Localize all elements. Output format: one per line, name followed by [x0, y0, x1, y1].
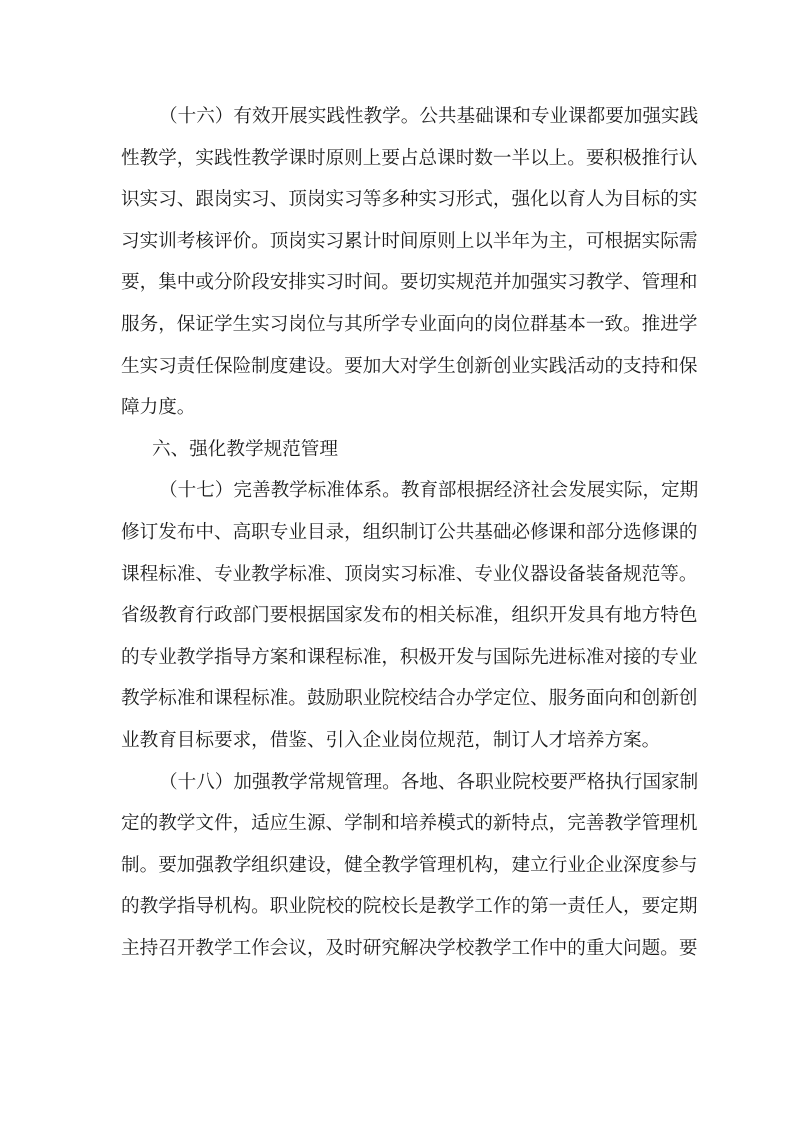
paragraph-line: （十七）完善教学标准体系。教育部根据经济社会发展实际，定期: [121, 470, 674, 512]
paragraph-eighteen: （十八）加强教学常规管理。各地、各职业院校要严格执行国家制 定的教学文件，适应生…: [121, 762, 674, 970]
section-heading: 六、强化教学规范管理: [121, 429, 674, 471]
paragraph-line: 省级教育行政部门要根据国家发布的相关标准，组织开发具有地方特色: [121, 595, 674, 637]
document-page: （十六）有效开展实践性教学。公共基础课和专业课都要加强实践 性教学，实践性教学课…: [0, 0, 793, 1122]
paragraph-line: （十六）有效开展实践性教学。公共基础课和专业课都要加强实践: [121, 96, 674, 138]
paragraph-line: 障力度。: [121, 387, 674, 429]
paragraph-line: 教学标准和课程标准。鼓励职业院校结合办学定位、服务面向和创新创: [121, 678, 674, 720]
paragraph-seventeen: （十七）完善教学标准体系。教育部根据经济社会发展实际，定期 修订发布中、高职专业…: [121, 470, 674, 761]
paragraph-line: （十八）加强教学常规管理。各地、各职业院校要严格执行国家制: [121, 762, 674, 804]
section-heading-six: 六、强化教学规范管理: [121, 429, 674, 471]
paragraph-line: 业教育目标要求，借鉴、引入企业岗位规范，制订人才培养方案。: [121, 720, 674, 762]
document-body: （十六）有效开展实践性教学。公共基础课和专业课都要加强实践 性教学，实践性教学课…: [121, 96, 674, 969]
paragraph-line: 性教学，实践性教学课时原则上要占总课时数一半以上。要积极推行认: [121, 138, 674, 180]
paragraph-line: 服务，保证学生实习岗位与其所学专业面向的岗位群基本一致。推进学: [121, 304, 674, 346]
paragraph-line: 要，集中或分阶段安排实习时间。要切实规范并加强实习教学、管理和: [121, 262, 674, 304]
paragraph-line: 习实训考核评价。顶岗实习累计时间原则上以半年为主，可根据实际需: [121, 221, 674, 263]
paragraph-line: 制。要加强教学组织建设，健全教学管理机构，建立行业企业深度参与: [121, 845, 674, 887]
paragraph-sixteen: （十六）有效开展实践性教学。公共基础课和专业课都要加强实践 性教学，实践性教学课…: [121, 96, 674, 429]
paragraph-line: 生实习责任保险制度建设。要加大对学生创新创业实践活动的支持和保: [121, 346, 674, 388]
paragraph-line: 修订发布中、高职专业目录，组织制订公共基础必修课和部分选修课的: [121, 512, 674, 554]
paragraph-line: 的教学指导机构。职业院校的院校长是教学工作的第一责任人，要定期: [121, 886, 674, 928]
paragraph-line: 课程标准、专业教学标准、顶岗实习标准、专业仪器设备装备规范等。: [121, 554, 674, 596]
paragraph-line: 主持召开教学工作会议，及时研究解决学校教学工作中的重大问题。要: [121, 928, 674, 970]
paragraph-line: 定的教学文件，适应生源、学制和培养模式的新特点，完善教学管理机: [121, 803, 674, 845]
paragraph-line: 识实习、跟岗实习、顶岗实习等多种实习形式，强化以育人为目标的实: [121, 179, 674, 221]
paragraph-line: 的专业教学指导方案和课程标准，积极开发与国际先进标准对接的专业: [121, 637, 674, 679]
